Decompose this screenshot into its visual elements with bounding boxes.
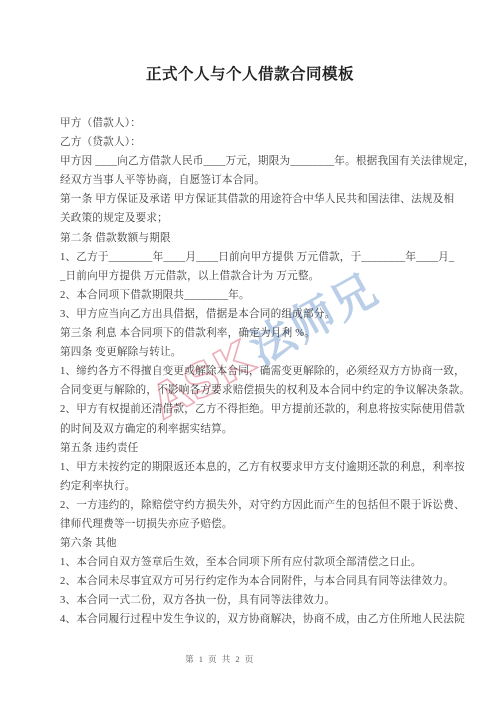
contract-line: 第一条 甲方保证及承诺 甲方保证其借款的用途符合中华人民共和国法律、法规及相: [60, 190, 445, 209]
contract-line: 4、本合同履行过程中发生争议的，双方协商解决，协商不成，由乙方住所地人民法院: [60, 610, 445, 629]
contract-line: 1、本合同自双方签章后生效，至本合同项下所有应付款项全部清偿之日止。: [60, 553, 445, 572]
contract-line: 2、一方违约的，除赔偿守约方损失外，对守约方因此而产生的包括但不限于诉讼费、: [60, 496, 445, 515]
contract-line: 第五条 违约责任: [60, 439, 445, 458]
contract-line: 甲方（借款人）：: [60, 114, 445, 133]
contract-line: 1、甲方未按约定的期限返还本息的，乙方有权要求甲方支付逾期还款的利息，利率按: [60, 458, 445, 477]
contract-line: 律师代理费等一切损失亦应予赔偿。: [60, 515, 445, 534]
contract-line: 乙方（贷款人）：: [60, 133, 445, 152]
contract-line: 甲方因 ____向乙方借款人民币____万元，期限为________年。根据我国…: [60, 152, 445, 171]
contract-page: ASK 法师兄 正式个人与个人借款合同模板 甲方（借款人）：乙方（贷款人）：甲方…: [0, 0, 500, 706]
contract-line: 1、缔约各方不得擅自变更或解除本合同，确需变更解除的，必须经双方方协商一致，: [60, 362, 445, 381]
page-number: 第 1 页 共 2 页: [0, 653, 440, 665]
contract-line: 约定利率执行。: [60, 477, 445, 496]
contract-line: 第六条 其他: [60, 534, 445, 553]
contract-line: 3、甲方应当向乙方出具借据，借据是本合同的组成部分。: [60, 305, 445, 324]
contract-line: 关政策的规定及要求；: [60, 209, 445, 228]
contract-body: 甲方（借款人）：乙方（贷款人）：甲方因 ____向乙方借款人民币____万元，期…: [60, 114, 445, 630]
contract-line: 第四条 变更解除与转让。: [60, 343, 445, 362]
contract-line: 合同变更与解除的，不影响各方要求赔偿损失的权利及本合同中约定的争议解决条款。: [60, 381, 445, 400]
contract-line: 的时间及双方确定的利率据实结算。: [60, 420, 445, 439]
contract-line: _日前向甲方提供 万元借款，以上借款合计为 万元整。: [60, 267, 445, 286]
document-title: 正式个人与个人借款合同模板: [0, 62, 500, 84]
contract-line: 经双方当事人平等协商，自愿签订本合同。: [60, 171, 445, 190]
contract-line: 2、本合同项下借款期限共________年。: [60, 286, 445, 305]
contract-line: 第三条 利息 本合同项下的借款利率，确定为月利 %。: [60, 324, 445, 343]
contract-line: 第二条 借款数额与期限: [60, 229, 445, 248]
contract-line: 1、乙方于________年____月____日前向甲方提供 万元借款，于___…: [60, 248, 445, 267]
contract-line: 3、本合同一式二份，双方各执一份，具有同等法律效力。: [60, 591, 445, 610]
contract-line: 2、甲方有权提前还清借款，乙方不得拒绝。甲方提前还款的，利息将按实际使用借款: [60, 400, 445, 419]
contract-line: 2、本合同未尽事宜双方可另行约定作为本合同附件，与本合同具有同等法律效力。: [60, 572, 445, 591]
